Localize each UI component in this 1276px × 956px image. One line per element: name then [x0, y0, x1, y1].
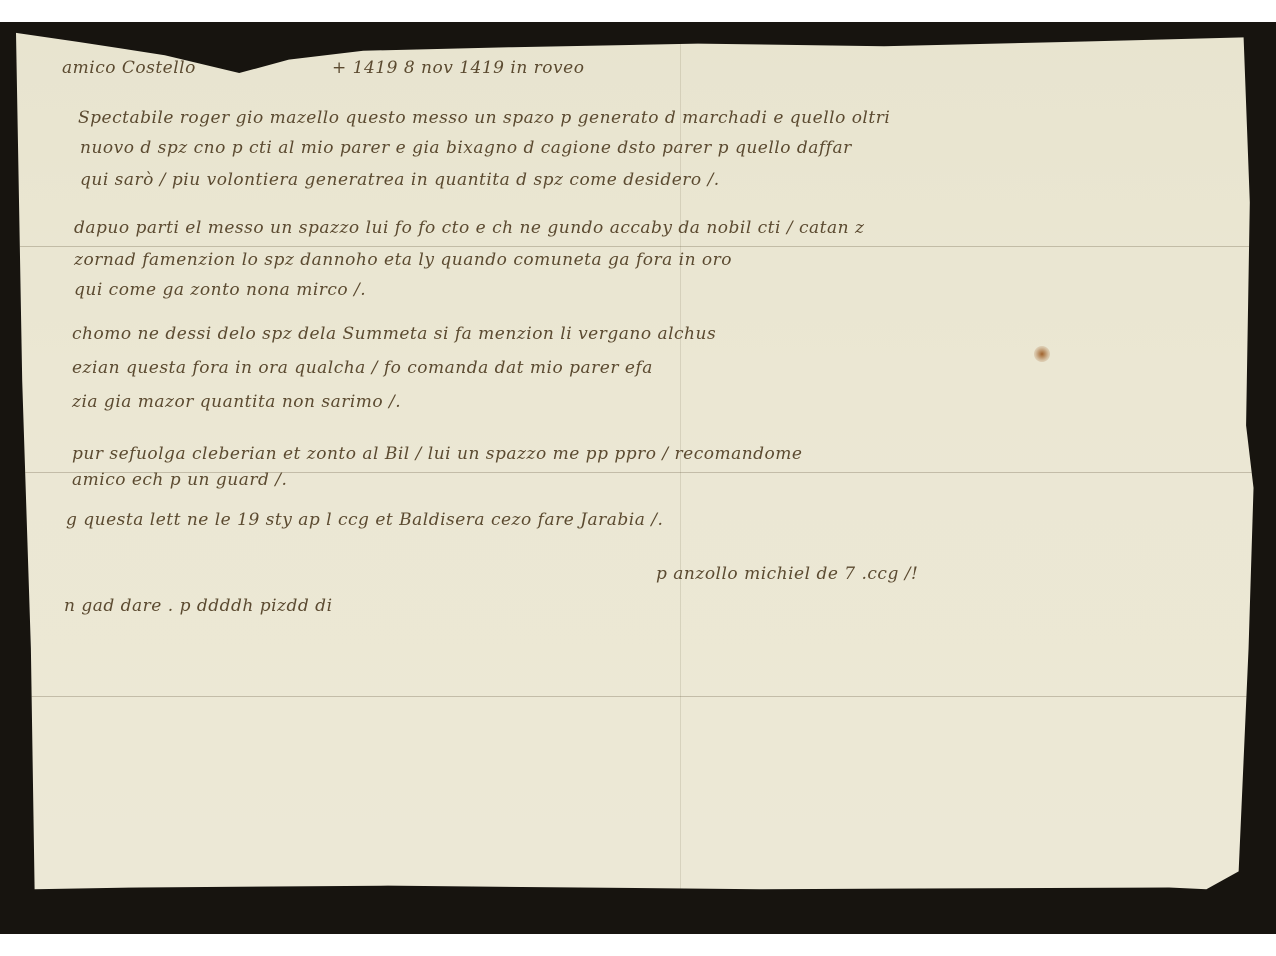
body-line: g questa lett ne le 19 sty ap l ccg et B… — [66, 510, 663, 530]
fold-line — [16, 246, 1256, 247]
footer-note: n gad dare . p ddddh pizdd di — [64, 596, 333, 616]
body-line: qui come ga zonto nona mirco /. — [74, 280, 366, 300]
manuscript-paper: amico Costello + 1419 8 nov 1419 in rove… — [16, 24, 1256, 916]
body-line: dapuo parti el messo un spazzo lui fo fo… — [74, 218, 864, 238]
body-line: zornad famenzion lo spz dannoho eta ly q… — [74, 250, 732, 270]
body-line: qui sarò / piu volontiera generatrea in … — [80, 170, 720, 190]
body-line: pur sefuolga cleberian et zonto al Bil /… — [72, 444, 802, 464]
ink-stain — [1034, 346, 1050, 362]
body-line: amico ech p un guard /. — [72, 470, 287, 490]
body-line: ezian questa fora in ora qualcha / fo co… — [72, 358, 653, 378]
header-date: + 1419 8 nov 1419 in roveo — [332, 58, 584, 78]
body-line: zia gia mazor quantita non sarimo /. — [72, 392, 401, 412]
body-line: Spectabile roger gio mazello questo mess… — [78, 108, 890, 128]
header-salutation: amico Costello — [62, 58, 196, 78]
body-line: nuovo d spz cno p cti al mio parer e gia… — [80, 138, 852, 158]
body-line: chomo ne dessi delo spz dela Summeta si … — [72, 324, 716, 344]
signature: p anzollo michiel de 7 .ccg /! — [656, 564, 918, 584]
fold-line — [16, 696, 1256, 697]
